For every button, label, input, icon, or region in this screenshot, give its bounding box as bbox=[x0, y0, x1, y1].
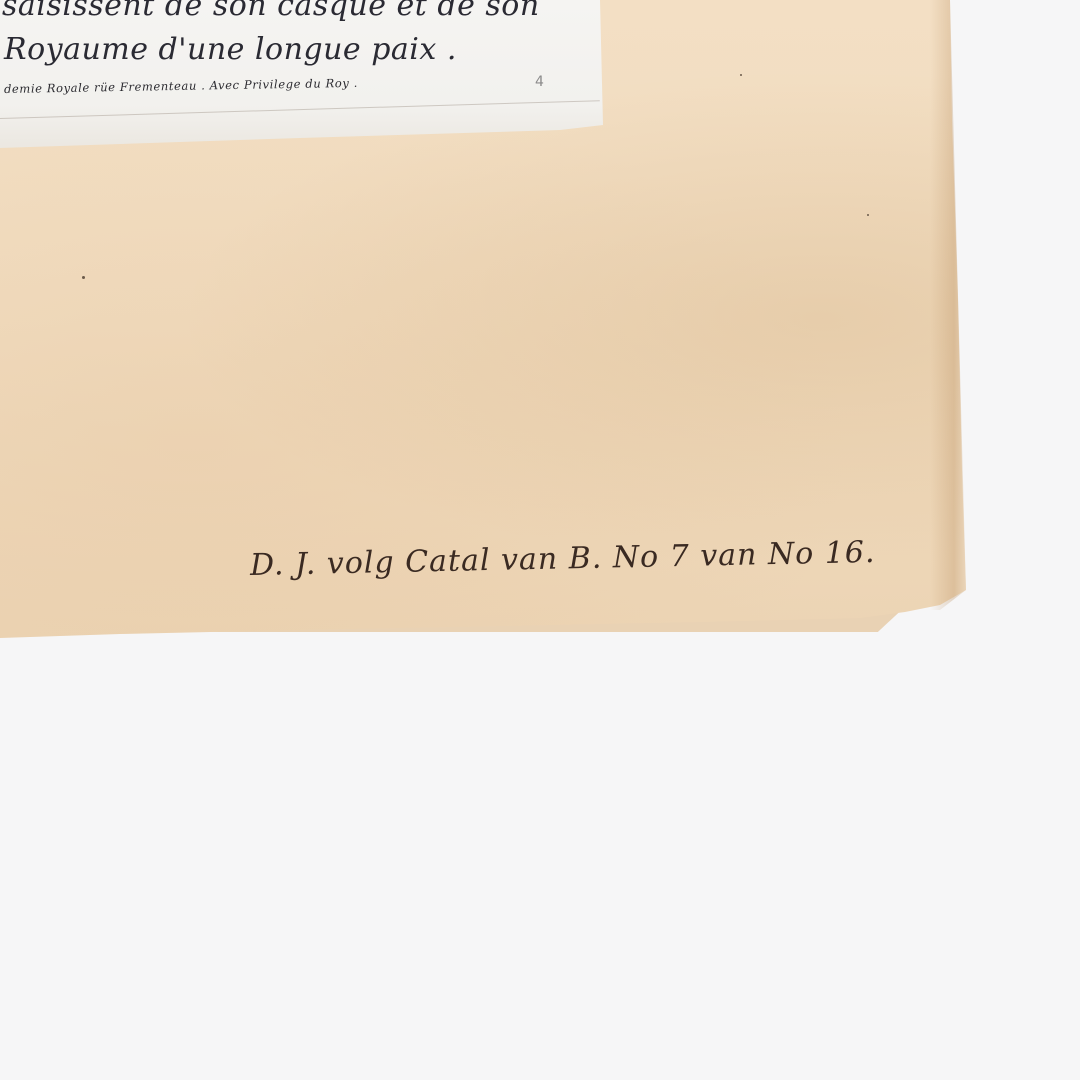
paper-speck bbox=[82, 276, 85, 279]
publisher-imprint: demie Royale rüe Frementeau . Avec Privi… bbox=[4, 76, 358, 96]
plate-number: 4 bbox=[535, 74, 544, 90]
caption-line-2: Royaume d'une longue paix . bbox=[4, 32, 457, 67]
engraving-plate: saisissent de son casque et de son Royau… bbox=[0, 0, 603, 150]
paper-speck bbox=[867, 214, 869, 216]
caption-line-1: saisissent de son casque et de son bbox=[2, 0, 540, 23]
paper-speck bbox=[740, 74, 742, 76]
